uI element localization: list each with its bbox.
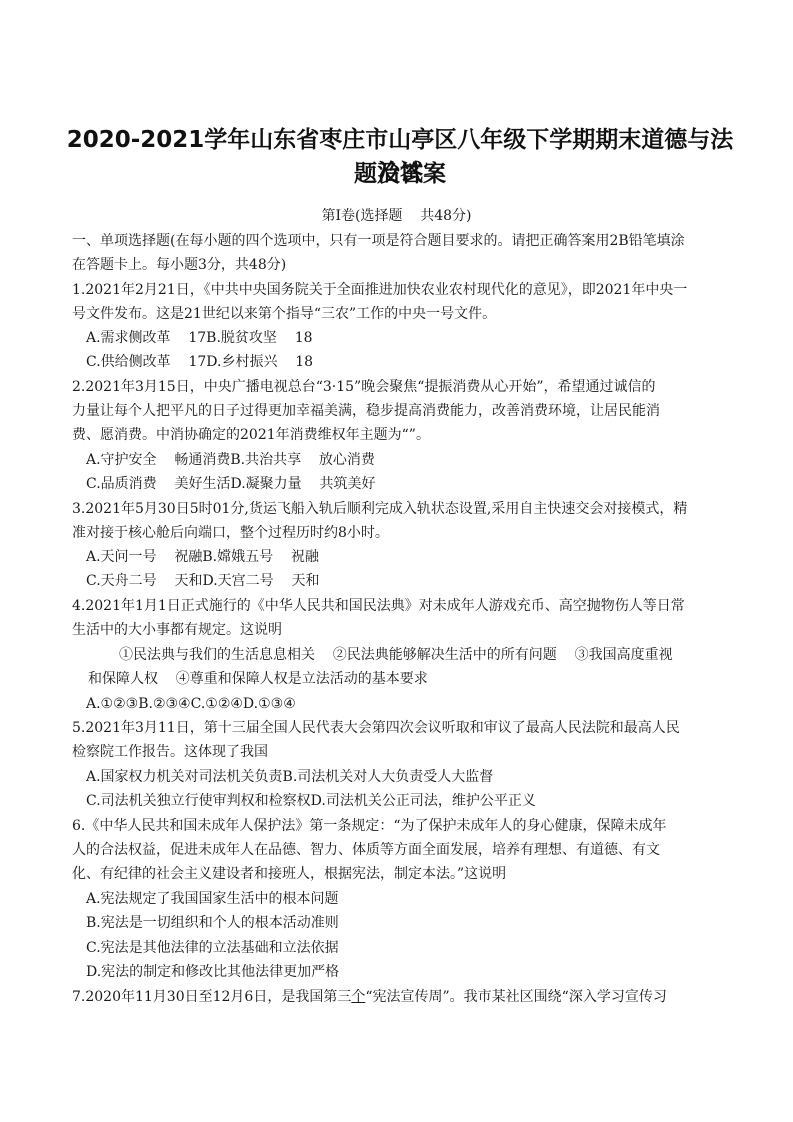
question-7: 7.2020年11月30日至12月6日，是我国第三个“宪法宣传周”。我市某社区围… [72,987,667,1007]
option-row-cd: C.供给侧改革 17D.乡村振兴 18 [86,352,313,372]
question-stem: 化、有纪律的社会主义建设者和接班人，根据宪法，制定本法。”这说明 [72,864,506,884]
question-stem: 7.2020年11月30日至12月6日，是我国第三 [72,989,351,1005]
option-c: C.宪法是其他法律的立法基础和立法依据 [86,938,339,958]
question-stem: 2.2021年3月15日，中央广播电视总台“3·15”晚会聚焦“提振消费从心开始… [72,377,656,397]
option-row-ab: A.守护安全 畅通消费B.共治共享 放心消费 [86,450,375,470]
question-stem: 力量让每个人把平凡的日子过得更加幸福美满，稳步提高消费能力，改善消费环境，让居民… [72,401,660,421]
exam-page: 2020-2021学年山东省枣庄市山亭区八年级下学期期末道德与法治试 题及答案 … [0,0,793,1122]
option-row: A.①②③B.②③④C.①②④D.①③④ [86,694,296,714]
question-stem: 6.《中华人民共和国未成年人保护法》第一条规定：“为了保护未成年人的身心健康，保… [72,816,667,836]
question-stem: 检察院工作报告。这体现了我国 [72,742,268,762]
option-row-cd: C.天舟二号 天和D.天宫二号 天和 [86,571,319,591]
option-a: A.宪法规定了我国国家生活中的根本问题 [86,889,339,909]
question-stem: 号文件发布。这是21世纪以来第个指导“三农”工作的中央一号文件。 [72,304,496,324]
question-stem: 1.2021年2月21日，《中共中央国务院关于全面推进加快农业农村现代化的意见》… [72,280,687,300]
instructions-line-2: 在答题卡上。每小题3分，共48分) [72,255,286,275]
question-stem: 生活中的大小事都有规定。这说明 [72,620,282,640]
option-row-ab: A.国家权力机关对司法机关负责B.司法机关对人大负责受人大监督 [86,767,493,787]
question-stem: 准对接于核心舱后向端口，整个过程历时约8小时。 [72,523,389,543]
underlined-blank: 个 [351,989,365,1005]
document-title-line-2: 题及答案 [60,155,740,188]
statements-line: ①民法典与我们的生活息息相关 ②民法典能够解决生活中的所有问题 ③我国高度重视 [119,645,673,665]
question-stem: 人的合法权益，促进未成年人在品德、智力、体质等方面全面发展，培养有理想、有道德、… [72,840,660,860]
question-stem: 费、愿消费。中消协确定的2021年消费维权年主题为“”。 [72,425,430,445]
section-header: 第Ⅰ卷(选择题 共48分) [0,205,793,225]
statements-line: 和保障人权 ④尊重和保障人权是立法活动的基本要求 [88,669,428,689]
question-stem: 4.2021年1月1日正式施行的《中华人民共和国民法典》对未成年人游戏充币、高空… [72,596,685,616]
option-b: B.宪法是一切组织和个人的根本活动准则 [86,913,339,933]
option-row-cd: C.品质消费 美好生活D.凝聚力量 共筑美好 [86,474,375,494]
question-stem: “宪法宣传周”。我市某社区围绕“深入学习宣传习 [365,989,666,1005]
question-stem: 5.2021年3月11日，第十三届全国人民代表大会第四次会议听取和审议了最高人民… [72,718,680,738]
question-stem: 3.2021年5月30日5时01分,货运飞船入轨后顺利完成入轨状态设置,采用自主… [72,499,687,519]
option-row-ab: A.天问一号 祝融B.嫦娥五号 祝融 [86,547,319,567]
option-row-cd: C.司法机关独立行使审判权和检察权D.司法机关公正司法，维护公平正义 [86,791,536,811]
option-d: D.宪法的制定和修改比其他法律更加严格 [86,962,339,982]
option-row-ab: A.需求侧改革 17B.脱贫攻坚 18 [86,328,313,348]
instructions-line-1: 一、单项选择题(在每小题的四个选项中，只有一项是符合题目要求的。请把正确答案用2… [72,231,685,251]
